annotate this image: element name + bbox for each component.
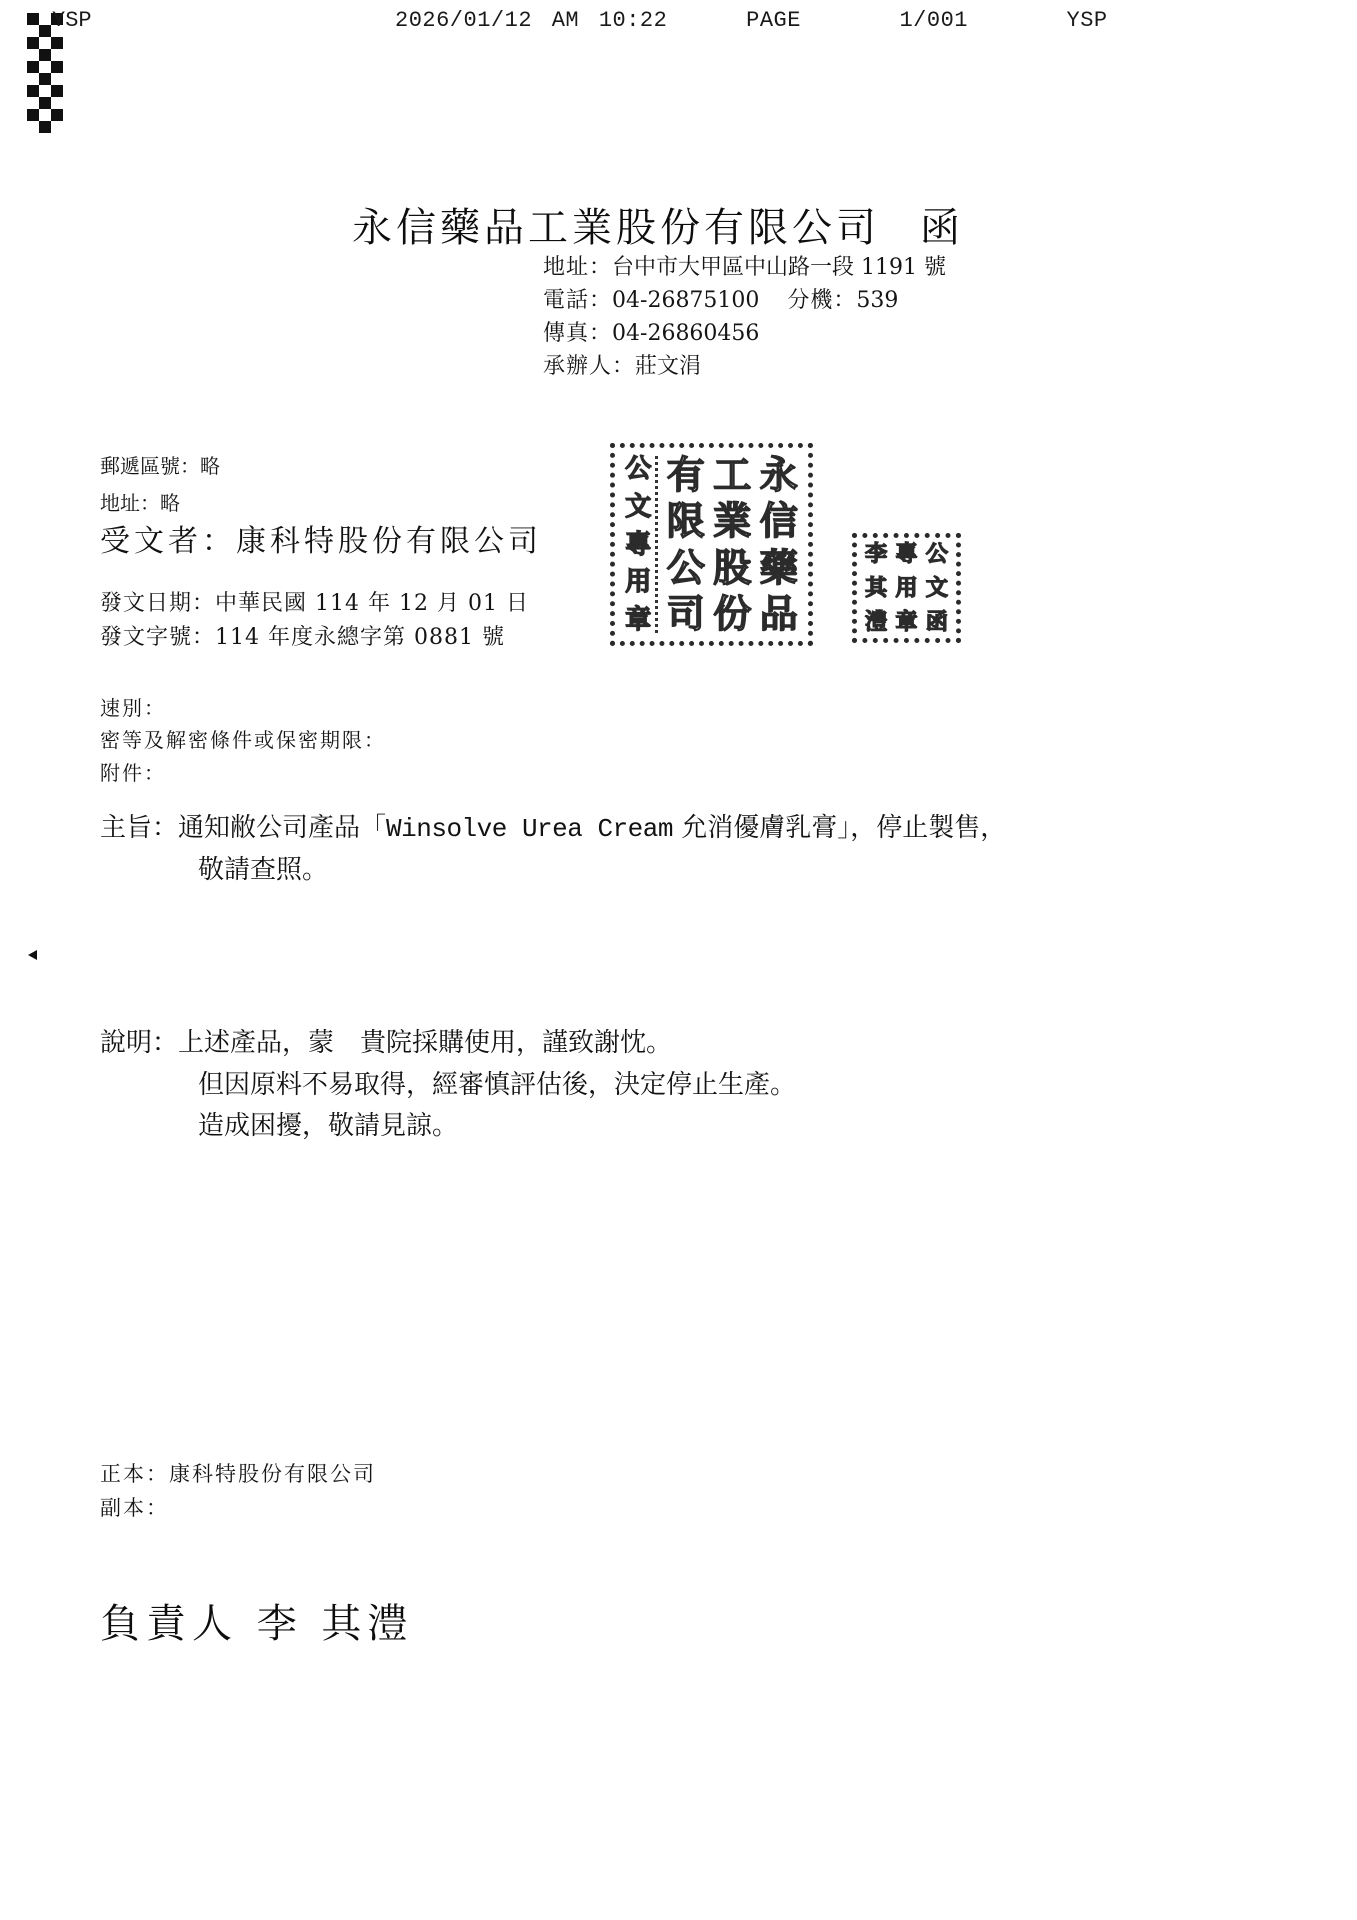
company-seal-large: 永信藥品 工業股份 有限公司 公文專用章 [610, 443, 813, 646]
fax-sender-tag: YSP [52, 8, 92, 33]
speed-field: 速別： [100, 692, 166, 721]
explanation-line-2: 但因原料不易取得，經審慎評估後，決定停止生產。 [198, 1064, 796, 1101]
letterhead-title: 永信藥品工業股份有限公司函 [352, 196, 964, 253]
sender-address: 地址：台中市大甲區中山路一段 1191 號 [543, 250, 946, 281]
product-name-en: Winsolve Urea Cream [386, 814, 673, 844]
issue-number: 發文字號：114 年度永總字第 0881 號 [100, 620, 505, 651]
document-type: 函 [920, 205, 964, 251]
issue-date: 發文日期：中華民國 114 年 12 月 01 日 [100, 586, 529, 617]
recipient: 受文者：康科特股份有限公司 [100, 516, 542, 560]
subject-label: 主旨： [100, 813, 178, 843]
explanation-label: 說明： [100, 1028, 178, 1058]
sender-phone: 電話：04-26875100 分機：539 [543, 283, 898, 314]
sender-fax: 傳真：04-26860456 [543, 316, 759, 347]
company-name: 永信藥品工業股份有限公司 [352, 205, 880, 251]
fax-datetime: 2026/01/12 AM 10:22 [395, 8, 667, 33]
fax-page-label: PAGE [746, 8, 801, 33]
subject-line-1: 主旨：通知敝公司產品「Winsolve Urea Cream 允消優膚乳膏」，停… [100, 807, 1006, 844]
fax-receiver-tag: YSP [1067, 8, 1108, 33]
recipient-postal-code: 郵遞區號：略 [100, 450, 220, 479]
recipient-address: 地址：略 [100, 487, 180, 516]
fax-header: 2026/01/12 AM 10:22 PAGE 1/001 YSP [395, 8, 1108, 33]
triangle-marker-icon [28, 950, 37, 960]
sender-handler: 承辦人：莊文涓 [543, 349, 701, 380]
copy-recipient: 副本： [100, 1492, 169, 1522]
confidentiality-field: 密等及解密條件或保密期限： [100, 724, 386, 753]
subject-line-2: 敬請查照。 [198, 849, 328, 886]
representative-seal-small: 公文函 專用章 李其澧 [852, 533, 961, 643]
original-recipient: 正本：康科特股份有限公司 [100, 1458, 376, 1488]
attachment-field: 附件： [100, 757, 166, 786]
fax-page-value: 1/001 [899, 8, 968, 33]
signature-line: 負責人 李 其澧 [100, 1592, 413, 1649]
explanation-line-1: 說明：上述產品，蒙 貴院採購使用，謹致謝忱。 [100, 1022, 672, 1059]
explanation-line-3: 造成困擾，敬請見諒。 [198, 1105, 458, 1142]
